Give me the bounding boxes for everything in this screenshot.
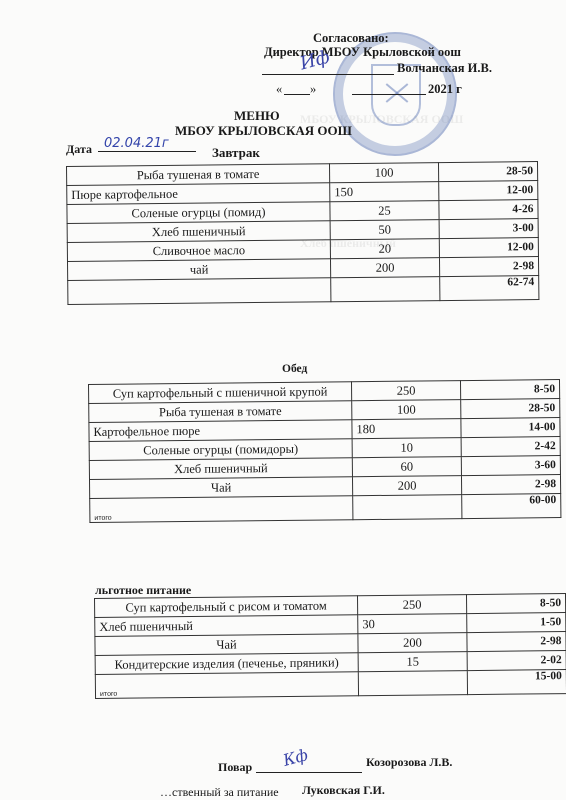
responsible-label: …ственный за питание <box>160 785 279 800</box>
dish-price: 4-26 <box>439 200 538 220</box>
dish-quantity: 200 <box>358 633 467 653</box>
total-row: 62-74 <box>68 276 539 305</box>
dish-quantity: 250 <box>357 595 466 615</box>
responsible-name: Луковская Г.И. <box>302 783 385 798</box>
dish-quantity: 200 <box>330 258 439 278</box>
total-row: итого15-00 <box>95 670 566 699</box>
dish-quantity: 60 <box>352 457 461 477</box>
dish-quantity: 15 <box>358 652 467 672</box>
dish-quantity: 100 <box>329 163 438 183</box>
date-value: 02.04.21г <box>98 136 196 152</box>
dish-price: 2-98 <box>467 632 566 652</box>
dish-price: 12-00 <box>439 181 538 201</box>
dish-price: 8-50 <box>466 594 565 614</box>
approval-heading: Согласовано: <box>313 31 389 46</box>
dish-price: 28-50 <box>461 399 560 419</box>
dish-price: 3-60 <box>461 456 560 476</box>
approval-date-open: « <box>276 82 282 97</box>
dish-quantity: 250 <box>351 381 460 401</box>
lunch-table: Суп картофельный с пшеничной крупой2508-… <box>88 379 561 523</box>
cook-signature-line <box>256 772 362 773</box>
dish-quantity: 180 <box>352 419 461 439</box>
preferential-table: Суп картофельный с рисом и томатом2508-5… <box>94 593 566 699</box>
total-price: 62-74 <box>440 276 539 301</box>
approval-date-close: » <box>310 82 316 97</box>
dish-price: 2-98 <box>461 475 560 495</box>
dish-quantity: 50 <box>330 220 439 240</box>
total-label <box>68 278 331 305</box>
section-title-preferential: льготное питание <box>95 583 191 598</box>
dish-price: 2-42 <box>461 437 560 457</box>
dish-price: 2-98 <box>439 257 538 277</box>
dish-quantity: 20 <box>330 239 439 259</box>
cook-label: Повар <box>218 760 252 775</box>
dish-quantity: 30 <box>358 614 467 634</box>
breakfast-table: Рыба тушеная в томате10028-50Пюре картоф… <box>66 161 539 305</box>
school-name: МБОУ КРЫЛОВСКАЯ ООШ <box>175 123 352 139</box>
total-row: итого60-00 <box>90 494 561 523</box>
date-label: Дата <box>66 142 92 157</box>
director-signature-line <box>262 74 394 75</box>
dish-quantity: 10 <box>352 438 461 458</box>
approval-day-line <box>284 94 310 95</box>
section-title-breakfast: Завтрак <box>212 145 260 161</box>
section-title-lunch: Обед <box>282 363 307 375</box>
total-price: 60-00 <box>462 494 561 519</box>
total-quantity-empty <box>358 671 467 696</box>
page-title: МЕНЮ <box>234 108 280 124</box>
cook-name: Козорозова Л.В. <box>366 755 452 770</box>
total-quantity-empty <box>331 277 440 302</box>
menu-document: МБОУ КРЫЛОВСКАЯ ООШ Хлеб пшеничный Согла… <box>0 0 566 800</box>
dish-quantity: 150 <box>330 182 439 202</box>
dish-quantity: 25 <box>330 201 439 221</box>
dish-price: 1-50 <box>467 613 566 633</box>
dish-price: 12-00 <box>439 238 538 258</box>
approval-position: Директор МБОУ Крыловской оош <box>264 45 461 60</box>
total-quantity-empty <box>353 495 462 520</box>
approval-month-line <box>352 94 426 95</box>
approval-name: Волчанская И.В. <box>397 61 492 76</box>
dish-price: 14-00 <box>461 418 560 438</box>
dish-quantity: 200 <box>352 476 461 496</box>
approval-year: 2021 г <box>428 82 462 97</box>
cook-signature: Кф <box>281 745 310 770</box>
dish-quantity: 100 <box>352 400 461 420</box>
dish-price: 28-50 <box>438 162 537 182</box>
dish-price: 2-02 <box>467 651 566 671</box>
total-label: итого <box>90 496 353 523</box>
total-label: итого <box>95 672 358 699</box>
dish-price: 8-50 <box>460 380 559 400</box>
total-price: 15-00 <box>467 670 566 695</box>
dish-price: 3-00 <box>439 219 538 239</box>
